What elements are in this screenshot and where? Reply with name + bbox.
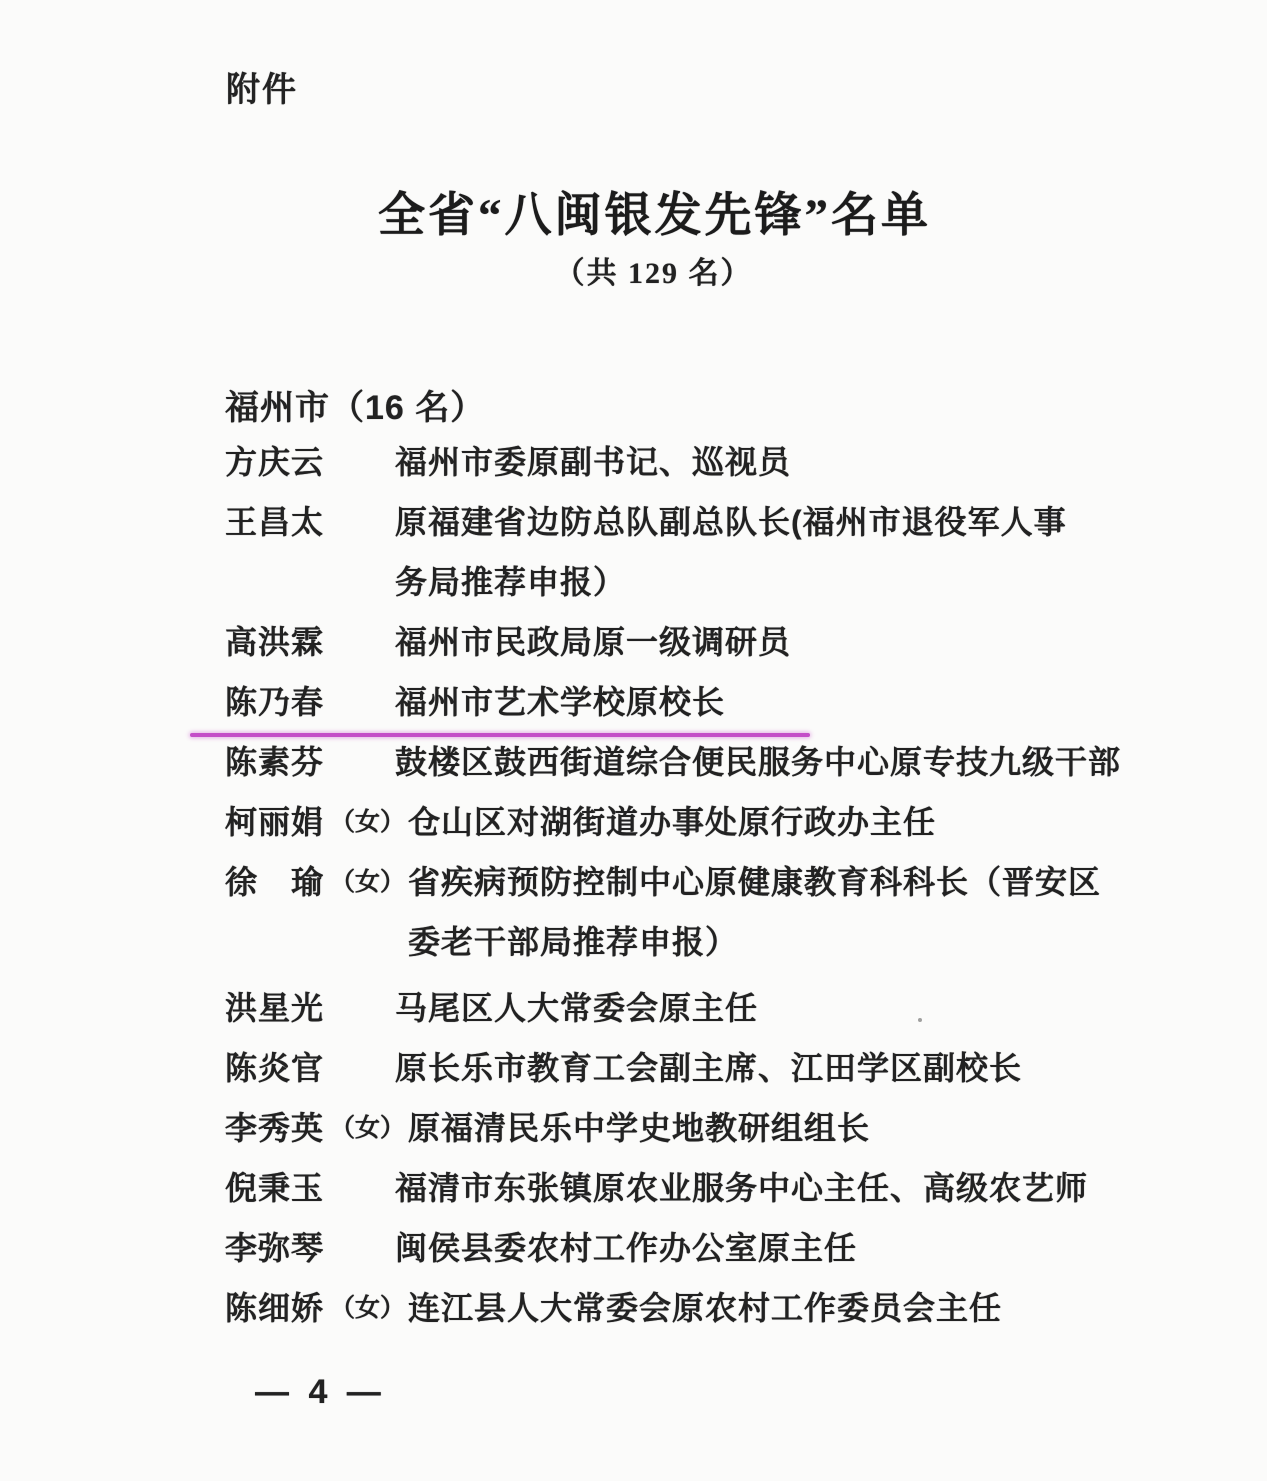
list-item: 倪秉玉 福清市东张镇原农业服务中心主任、高级农艺师 (225, 1158, 1135, 1218)
entry-description: 闽侯县委农村工作办公室原主任 (395, 1218, 1135, 1278)
list-item: 柯丽娟 （女） 仓山区对湖街道办事处原行政办主任 (225, 792, 1135, 852)
entry-description-line: 福州市委原副书记、巡视员 (395, 432, 1135, 492)
section-header-fuzhou: 福州市（16 名） (225, 380, 485, 429)
list-item: 方庆云 福州市委原副书记、巡视员 (225, 432, 1135, 492)
entry-name: 徐 瑜 (225, 852, 330, 912)
document-title: 全省“八闽银发先锋”名单 (21, 178, 1267, 245)
entry-name: 方庆云 (225, 432, 330, 492)
entry-gender-marker: （女） (330, 852, 408, 912)
entry-description: 马尾区人大常委会原主任 (395, 978, 1135, 1038)
entry-description: 福州市艺术学校原校长 (395, 672, 1135, 732)
entry-description-line: 原长乐市教育工会副主席、江田学区副校长 (395, 1038, 1135, 1098)
entry-name: 柯丽娟 (225, 792, 330, 852)
entry-list: 方庆云 福州市委原副书记、巡视员 王昌太 原福建省边防总队副总队长(福州市退役军… (225, 432, 1135, 1338)
document-page: 附件 全省“八闽银发先锋”名单 （共 129 名） 福州市（16 名） 方庆云 … (0, 0, 1267, 1481)
entry-name: 陈细娇 (225, 1278, 330, 1338)
entry-description: 省疾病预防控制中心原健康教育科科长（晋安区委老干部局推荐申报） (408, 852, 1135, 972)
entry-description-line: 务局推荐申报） (395, 552, 1135, 612)
list-item: 李弥琴 闽侯县委农村工作办公室原主任 (225, 1218, 1135, 1278)
entry-description-line: 福州市艺术学校原校长 (395, 672, 1135, 732)
document-subtitle: （共 129 名） (20, 248, 1267, 292)
list-item: 陈细娇 （女） 连江县人大常委会原农村工作委员会主任 (225, 1278, 1135, 1338)
entry-description-line: 鼓楼区鼓西街道综合便民服务中心原专技九级干部 (395, 732, 1135, 792)
entry-description-line: 福清市东张镇原农业服务中心主任、高级农艺师 (395, 1158, 1135, 1218)
entry-name: 王昌太 (225, 492, 330, 552)
entry-description: 福州市委原副书记、巡视员 (395, 432, 1135, 492)
list-item: 高洪霖 福州市民政局原一级调研员 (225, 612, 1135, 672)
entry-description-line: 马尾区人大常委会原主任 (395, 978, 1135, 1038)
entry-description: 原长乐市教育工会副主席、江田学区副校长 (395, 1038, 1135, 1098)
list-item: 洪星光 马尾区人大常委会原主任 (225, 978, 1135, 1038)
entry-description-line: 闽侯县委农村工作办公室原主任 (395, 1218, 1135, 1278)
entry-description-line: 委老干部局推荐申报） (408, 912, 1135, 972)
entry-name: 李弥琴 (225, 1218, 330, 1278)
entry-description-line: 仓山区对湖街道办事处原行政办主任 (408, 792, 1135, 852)
list-item: 陈素芬 鼓楼区鼓西街道综合便民服务中心原专技九级干部 (225, 732, 1135, 792)
entry-name: 李秀英 (225, 1098, 330, 1158)
entry-description-line: 省疾病预防控制中心原健康教育科科长（晋安区 (408, 852, 1135, 912)
entry-gender-marker: （女） (330, 1278, 408, 1338)
entry-description: 连江县人大常委会原农村工作委员会主任 (408, 1278, 1135, 1338)
entry-gender-marker: （女） (330, 1098, 408, 1158)
entry-description: 福清市东张镇原农业服务中心主任、高级农艺师 (395, 1158, 1135, 1218)
page-number: — 4 — (255, 1372, 386, 1412)
attachment-label: 附件 (226, 62, 298, 111)
entry-name: 陈素芬 (225, 732, 330, 792)
list-item: 陈炎官 原长乐市教育工会副主席、江田学区副校长 (225, 1038, 1135, 1098)
entry-gender-marker: （女） (330, 792, 408, 852)
entry-description: 原福建省边防总队副总队长(福州市退役军人事务局推荐申报） (395, 492, 1135, 612)
entry-description: 原福清民乐中学史地教研组组长 (408, 1098, 1135, 1158)
entry-description-line: 原福建省边防总队副总队长(福州市退役军人事 (395, 492, 1135, 552)
list-item: 李秀英 （女） 原福清民乐中学史地教研组组长 (225, 1098, 1135, 1158)
entry-name: 倪秉玉 (225, 1158, 330, 1218)
entry-description-line: 原福清民乐中学史地教研组组长 (408, 1098, 1135, 1158)
entry-description-line: 连江县人大常委会原农村工作委员会主任 (408, 1278, 1135, 1338)
list-item: 王昌太 原福建省边防总队副总队长(福州市退役军人事务局推荐申报） (225, 492, 1135, 612)
entry-description: 福州市民政局原一级调研员 (395, 612, 1135, 672)
entry-name: 洪星光 (225, 978, 330, 1038)
scan-artifact-dot (918, 1018, 922, 1022)
entry-description: 仓山区对湖街道办事处原行政办主任 (408, 792, 1135, 852)
list-item: 徐 瑜 （女） 省疾病预防控制中心原健康教育科科长（晋安区委老干部局推荐申报） (225, 852, 1135, 972)
entry-name: 高洪霖 (225, 612, 330, 672)
entry-description: 鼓楼区鼓西街道综合便民服务中心原专技九级干部 (395, 732, 1135, 792)
entry-description-line: 福州市民政局原一级调研员 (395, 612, 1135, 672)
entry-name: 陈乃春 (225, 672, 330, 732)
list-item: 陈乃春 福州市艺术学校原校长 (225, 672, 1135, 732)
entry-name: 陈炎官 (225, 1038, 330, 1098)
